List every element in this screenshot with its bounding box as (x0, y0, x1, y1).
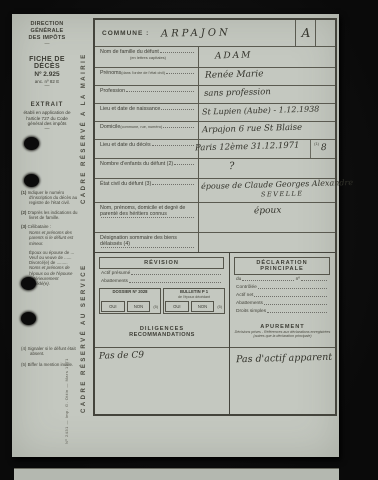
declaration-abattements-line: Abattements (236, 301, 329, 307)
dossier-spacer (101, 295, 159, 299)
declaration-controlee-line: Contrôlée (236, 285, 329, 291)
index-letter-box: A (295, 20, 316, 46)
declaration-header: DÉCLARATION PRINCIPALE (234, 257, 330, 275)
oui-non-boxes: DOSSIER Nº 2028 OUI NON (5) BULLETIN P 1… (99, 288, 225, 314)
ref-divider (310, 140, 311, 158)
divider-dash: — (15, 127, 79, 132)
prenoms-sublabel: (dans l'ordre de l'état civil) (121, 70, 165, 76)
index-letter-handwritten: A (302, 26, 311, 40)
empty-box (315, 20, 335, 46)
etat-civil-label: État civil du défunt (3) (100, 181, 151, 187)
footnote-2: (2) D'après les indications du livret de… (21, 210, 79, 220)
naissance-value-handwritten: St Lupien (Aube) - 1.12.1938 (202, 104, 320, 116)
ref-mark: (1) (314, 141, 319, 146)
revision-abattements-line: Abattements (101, 279, 223, 285)
etat-civil-value-handwritten: épouse de Claude Georges Alexandre (201, 178, 353, 191)
field-row-enfants: Nombre d'enfants du défunt (2) ? (95, 158, 335, 178)
declaration-droits-line: Droits simples (236, 309, 329, 315)
revision-column: RÉVISION Actif présumé Abattements DOSSI… (95, 253, 230, 414)
enfants-value-handwritten: ? (229, 161, 235, 172)
field-row-domicile: Domicile (commune, rue, numéro) Arpajon … (95, 121, 335, 139)
deces-value-handwritten: Paris 12ème 31.12.1971 (195, 141, 300, 154)
agency-name: DIRECTION GÉNÉRALE DES IMPÔTS (15, 21, 79, 42)
declaration-actif-net-line: Actif net (236, 293, 329, 299)
heritiers-value-handwritten: époux (254, 206, 282, 217)
field-row-profession: Profession sans profession (95, 85, 335, 103)
prenoms-label: Prénoms (100, 70, 121, 76)
divider-dash: — (15, 84, 79, 89)
profession-value-handwritten: sans profession (204, 87, 271, 99)
deces-label: Lieu et date du décès (100, 142, 151, 148)
next-card-edge (14, 468, 339, 480)
field-row-prenoms: Prénoms (dans l'ordre de l'état civil) R… (95, 67, 335, 85)
field-row-etat-civil: État civil du défunt (3) épouse de Claud… (95, 178, 335, 202)
dossier-box: DOSSIER Nº 2028 OUI NON (5) (99, 288, 161, 314)
printer-imprint: Nº 2431 — Imp. G. Ottin — Mars 1971 (64, 348, 72, 454)
domicile-label: Domicile (100, 124, 120, 130)
field-row-heritiers: Nom, prénoms, domicile et degré de paren… (95, 202, 335, 232)
diligences-note-handwritten: Pas de C9 (99, 350, 144, 361)
footnote-1: (1) Indiquer le numéro d'inscription du … (21, 190, 79, 206)
bulletin-oui-cell: OUI (165, 301, 189, 312)
punch-hole (21, 312, 36, 325)
form-table: COMMUNE : ARPAJON A Nom de famille du dé… (93, 18, 337, 416)
extract-text: établi en application de l'article 727 d… (18, 110, 76, 127)
field-row-nom: Nom de famille du défunt (en lettres cap… (95, 46, 335, 67)
field-row-deces: Lieu et date du décès Paris 12ème 31.12.… (95, 139, 335, 158)
declaration-column: DÉCLARATION PRINCIPALE dunº Contrôlée Ac… (230, 253, 335, 414)
band-cadre-reserve-mairie: CADRE RÉSERVÉ A LA MAIRIE (81, 20, 92, 236)
band-cadre-reserve-service: CADRE RÉSERVÉ AU SERVICE (81, 252, 92, 424)
nom-sublabel: (en lettres capitales) (100, 55, 196, 61)
naissance-label: Lieu et date de naissance (100, 106, 160, 112)
form-title: FICHE DE DÉCÈS (15, 56, 79, 70)
footnote-3a: Noms et prénoms des parents si le défunt… (21, 230, 79, 246)
dossier-non-cell: NON (127, 301, 151, 312)
commune-row: COMMUNE : ARPAJON A (95, 20, 335, 46)
diligences-header: DILIGENCES RECOMMANDATIONS (95, 323, 229, 348)
dossier-oui-cell: OUI (101, 301, 125, 312)
field-row-naissance: Lieu et date de naissance St Lupien (Aub… (95, 103, 335, 121)
scanned-document-background: DIRECTION GÉNÉRALE DES IMPÔTS — FICHE DE… (0, 0, 378, 480)
apurement-header: APUREMENT Décisions prises - Références … (230, 323, 335, 348)
punch-hole (24, 174, 39, 187)
commune-value-handwritten: ARPAJON (161, 27, 231, 39)
punch-hole (24, 137, 39, 150)
bulletin-non-cell: NON (191, 301, 215, 312)
lower-section: RÉVISION Actif présumé Abattements DOSSI… (95, 252, 335, 414)
death-record-card: DIRECTION GÉNÉRALE DES IMPÔTS — FICHE DE… (12, 14, 339, 457)
divider-dash: — (15, 42, 79, 47)
deces-ref-value-handwritten: 8 (321, 143, 327, 153)
heritiers-label: Nom, prénoms, domicile et degré de paren… (100, 205, 196, 217)
domicile-sublabel: (commune, rue, numéro) (120, 124, 162, 130)
revision-actif-line: Actif présumé (101, 271, 223, 277)
form-number: Nº 2.925 (15, 71, 79, 78)
punch-hole (21, 277, 36, 290)
bulletin-box: BULLETIN P 1 de l'époux décédant OUI NON… (163, 288, 225, 314)
footnote-3: (3) Célibataire : (21, 224, 79, 229)
nom-value-handwritten: ADAM (215, 51, 253, 62)
domicile-value-handwritten: Arpajon 6 rue St Blaise (202, 123, 302, 136)
declaration-du-line: dunº (236, 277, 329, 283)
etat-civil-value2-handwritten: Sevelle (261, 189, 304, 198)
extract-title: EXTRAIT (15, 102, 79, 108)
enfants-label: Nombre d'enfants du défunt (2) (100, 161, 173, 167)
profession-label: Profession (100, 88, 125, 94)
field-row-biens: Désignation sommaire des biens délaissés… (95, 232, 335, 252)
revision-header: RÉVISION (99, 257, 224, 269)
biens-label: Désignation sommaire des biens délaissés… (100, 235, 196, 247)
commune-label: COMMUNE : (102, 30, 149, 37)
bulletin-note5: (5) (216, 305, 223, 309)
prenoms-value-handwritten: Renée Marie (205, 69, 264, 81)
dossier-note5: (5) (152, 305, 159, 309)
bulletin-subtitle: de l'époux décédant (165, 295, 223, 299)
apurement-note-handwritten: Pas d'actif apparent (236, 352, 332, 366)
